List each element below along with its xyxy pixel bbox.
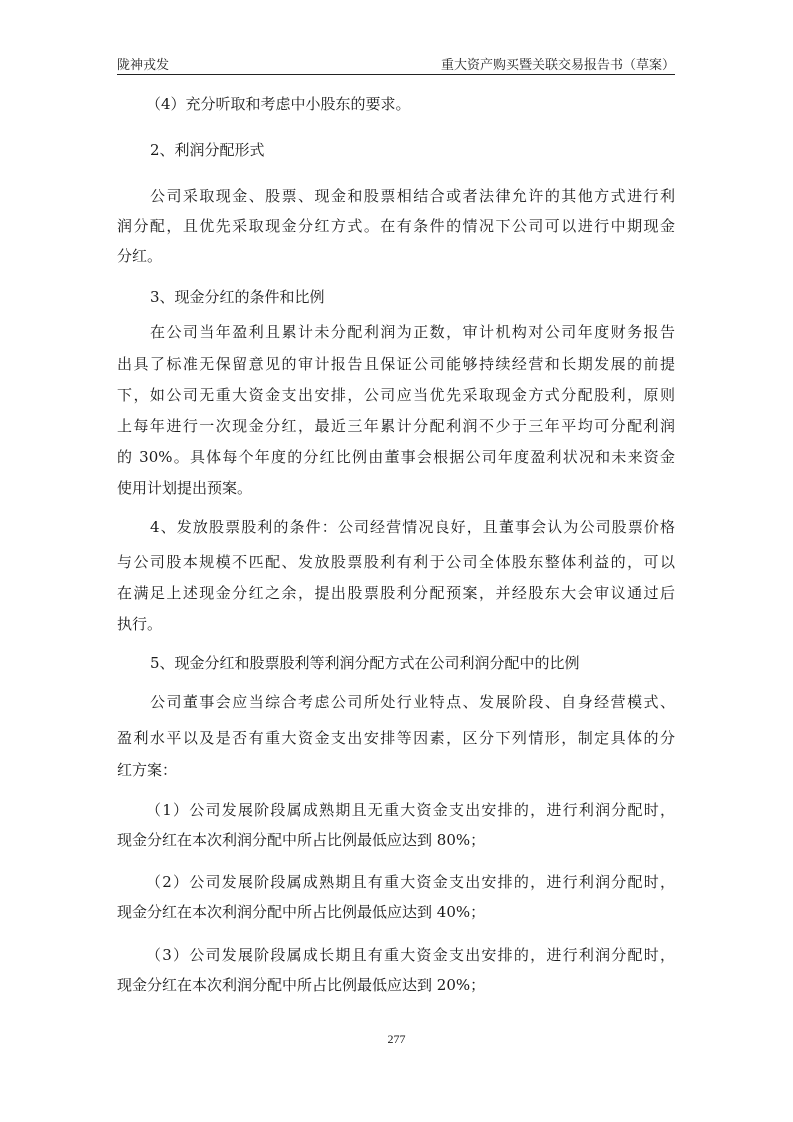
header-document-title: 重大资产购买暨关联交易报告书（草案） — [441, 54, 675, 73]
paragraph-line: 盈利水平以及是否有重大资金支出安排等因素，区分下列情形，制定具体的分 — [117, 728, 675, 748]
paragraph-line: 现金分红在本次利润分配中所占比例最低应达到 80%； — [117, 830, 675, 850]
page-header: 陇神戎发 重大资产购买暨关联交易报告书（草案） — [117, 52, 675, 75]
paragraph-line: 出具了标准无保留意见的审计报告且保证公司能够持续经营和长期发展的前提 — [117, 354, 675, 374]
section-heading-2-profit-distribution-form: 2、利润分配形式 — [150, 140, 675, 160]
paragraph-line: 分红。 — [117, 246, 675, 266]
paragraph-line: 执行。 — [117, 614, 675, 634]
paragraph-line: 下，如公司无重大资金支出安排，公司应当优先采取现金方式分配股利，原则 — [117, 385, 675, 405]
paragraph-line: 在满足上述现金分红之余，提出股票股利分配预案，并经股东大会审议通过后 — [117, 583, 675, 603]
list-item-4-listen-to-minority-shareholders: （4）充分听取和考虑中小股东的要求。 — [146, 94, 675, 114]
paragraph-line: 润分配，且优先采取现金分红方式。在有条件的情况下公司可以进行中期现金 — [117, 216, 675, 236]
paragraph-line: 现金分红在本次利润分配中所占比例最低应达到 40%； — [117, 902, 675, 922]
header-company-name: 陇神戎发 — [117, 54, 169, 73]
paragraph-line: 上每年进行一次现金分红，最近三年累计分配利润不少于三年平均可分配利润 — [117, 416, 675, 436]
section-heading-3-cash-dividend-conditions: 3、现金分红的条件和比例 — [150, 287, 675, 307]
paragraph-line: 公司董事会应当综合考虑公司所处行业特点、发展阶段、自身经营模式、 — [150, 692, 675, 712]
section-heading-5-distribution-ratio: 5、现金分红和股票股利等利润分配方式在公司利润分配中的比例 — [150, 653, 675, 673]
section-heading-4-stock-dividend-conditions: 4、发放股票股利的条件：公司经营情况良好，且董事会认为公司股票价格 — [150, 517, 675, 537]
list-item-3-growth-major-expenditure: （3）公司发展阶段属成长期且有重大资金支出安排的，进行利润分配时， — [146, 945, 675, 965]
paragraph-line: 公司采取现金、股票、现金和股票相结合或者法律允许的其他方式进行利 — [150, 186, 675, 206]
paragraph-line: 现金分红在本次利润分配中所占比例最低应达到 20%； — [117, 975, 675, 995]
paragraph-line: 使用计划提出预案。 — [117, 478, 675, 498]
paragraph-line: 与公司股本规模不匹配、发放股票股利有利于公司全体股东整体利益的，可以 — [117, 552, 675, 572]
paragraph-line: 红方案： — [117, 760, 675, 780]
list-item-2-mature-major-expenditure: （2）公司发展阶段属成熟期且有重大资金支出安排的，进行利润分配时， — [146, 872, 675, 892]
paragraph-line: 的 30%。具体每个年度的分红比例由董事会根据公司年度盈利状况和未来资金 — [117, 447, 675, 467]
page-number: 277 — [0, 1032, 793, 1047]
list-item-1-mature-no-major-expenditure: （1）公司发展阶段属成熟期且无重大资金支出安排的，进行利润分配时， — [146, 800, 675, 820]
paragraph-line: 在公司当年盈利且累计未分配利润为正数，审计机构对公司年度财务报告 — [150, 322, 675, 342]
